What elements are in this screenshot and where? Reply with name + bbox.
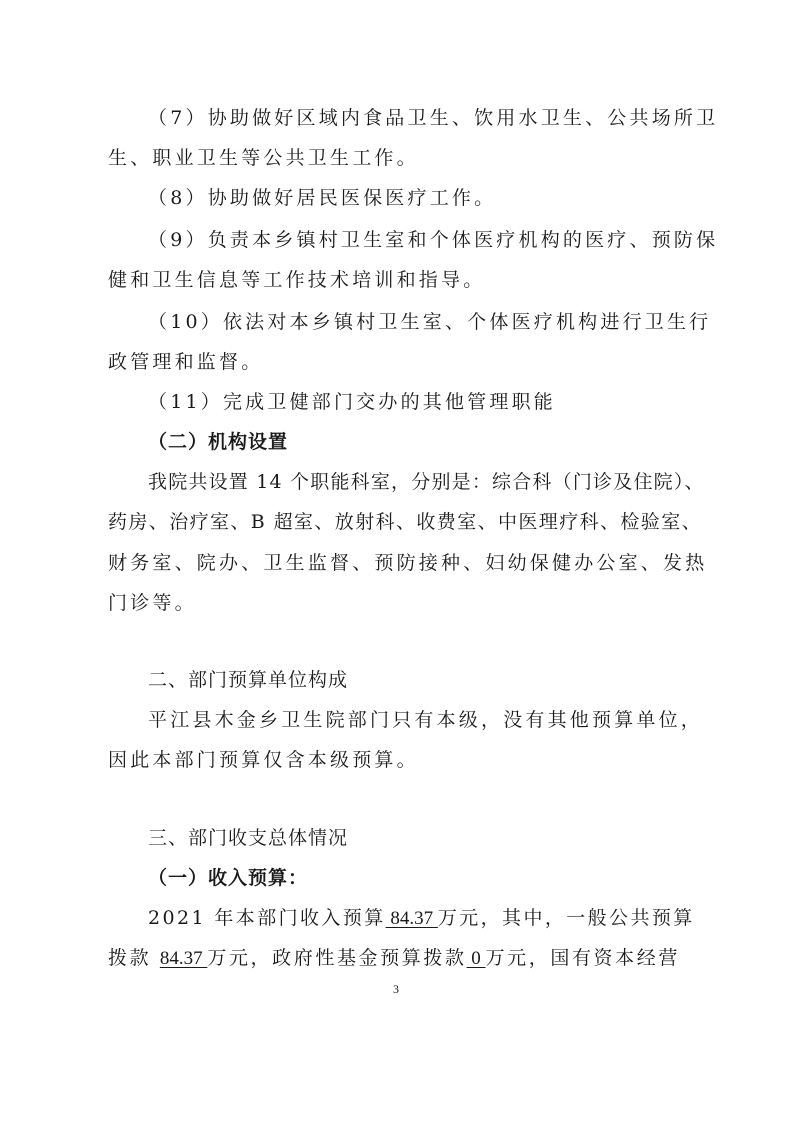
- income-text-b: 万元，其中，一般公共预算: [438, 907, 695, 929]
- income-budget-subheading: （一）收入预算：: [148, 866, 693, 890]
- item-10-line-1: （10）依法对本乡镇村卫生室、个体医疗机构进行卫生行: [148, 310, 693, 334]
- page-number: 3: [393, 982, 399, 997]
- income-text-c: 拨款: [108, 947, 160, 969]
- org-setup-para-line-4: 门诊等。: [108, 591, 693, 615]
- item-9-line-1: （9）负责本乡镇村卫生室和个体医疗机构的医疗、预防保: [148, 228, 693, 252]
- section-two-heading: 二、部门预算单位构成: [148, 668, 693, 692]
- org-setup-heading: （二）机构设置: [148, 430, 693, 454]
- section-two-para-line-2: 因此本部门预算仅含本级预算。: [108, 748, 693, 772]
- org-setup-para-line-2: 药房、治疗室、B 超室、放射科、收费室、中医理疗科、检验室、: [108, 510, 693, 534]
- public-budget-amount: 84.37: [160, 948, 208, 969]
- org-setup-para-line-1: 我院共设置 14 个职能科室，分别是：综合科（门诊及住院）、: [148, 470, 693, 494]
- income-text-e: 万元，国有资本经营: [486, 947, 680, 969]
- section-three-heading: 三、部门收支总体情况: [148, 826, 693, 850]
- org-setup-para-line-3: 财务室、院办、卫生监督、预防接种、妇幼保健办公室、发热: [108, 551, 693, 575]
- income-budget-line-2: 拨款 84.37 万元，政府性基金预算拨款 0 万元，国有资本经营: [108, 946, 693, 971]
- item-8: （8）协助做好居民医保医疗工作。: [148, 186, 693, 210]
- section-two-para-line-1: 平江县木金乡卫生院部门只有本级，没有其他预算单位，: [148, 708, 693, 732]
- item-7-line-1: （7）协助做好区域内食品卫生、饮用水卫生、公共场所卫: [148, 106, 693, 130]
- item-11: （11）完成卫健部门交办的其他管理职能: [148, 390, 693, 414]
- fund-budget-amount: 0: [467, 948, 486, 969]
- income-text-d: 万元，政府性基金预算拨款: [207, 947, 466, 969]
- item-10-line-2: 政管理和监督。: [108, 350, 693, 374]
- total-income-amount: 84.37: [386, 908, 438, 929]
- item-7-line-2: 生、职业卫生等公共卫生工作。: [108, 146, 693, 170]
- income-budget-line-1: 2021 年本部门收入预算 84.37 万元，其中，一般公共预算: [148, 906, 693, 931]
- item-9-line-2: 健和卫生信息等工作技术培训和指导。: [108, 268, 693, 292]
- income-text-a: 2021 年本部门收入预算: [148, 907, 386, 929]
